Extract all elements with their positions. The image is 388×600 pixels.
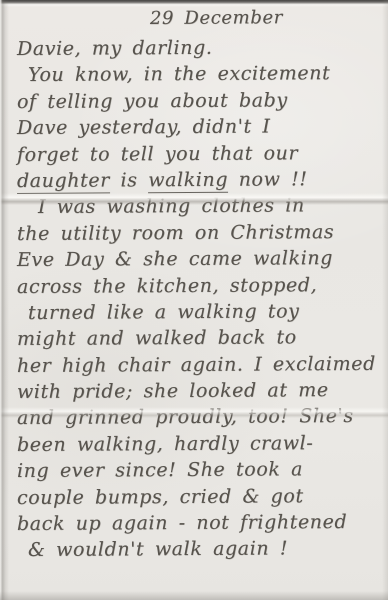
letter-page: 29 December Davie, my darling. You know,… [0, 0, 388, 600]
letter-line: Eve Day & she came walking [17, 247, 388, 276]
letter-line: her high chair again. I exclaimed [17, 352, 388, 381]
letter-line: ing ever since! She took a [17, 458, 388, 487]
letter-text: now !! [228, 168, 308, 190]
letter-line: and grinned proudly, too! She's [17, 405, 388, 434]
underlined-word: daughter [17, 169, 110, 193]
letter-line: the utility room on Christmas [17, 220, 388, 249]
letter-line: turned like a walking toy [28, 300, 388, 329]
paper-edge-shadow-left [0, 0, 9, 600]
letter-line: of telling you about baby [17, 89, 388, 118]
underlined-word: walking [148, 169, 228, 193]
letter-line: across the kitchen, stopped, [17, 273, 388, 302]
letter-line: couple bumps, cried & got [17, 484, 388, 513]
letter-body: 29 December Davie, my darling. You know,… [0, 8, 388, 566]
letter-line: I was washing clothes in [38, 194, 388, 223]
salutation: Davie, my darling. [17, 36, 388, 65]
letter-date: 29 December [150, 7, 388, 38]
scan-edge-top [0, 0, 388, 7]
letter-line: & wouldn't walk again ! [28, 537, 388, 566]
letter-line: You know, in the excitement [28, 62, 388, 91]
paper-edge-shadow-right [382, 0, 388, 600]
letter-line-emphasis: daughter is walking now !! [17, 168, 388, 197]
letter-line: might and walked back to [17, 326, 388, 355]
letter-line: forget to tell you that our [17, 141, 388, 170]
paper-edge-shadow-bottom [0, 591, 388, 600]
letter-line: Dave yesterday, didn't I [17, 115, 388, 144]
letter-line: with pride; she looked at me [17, 379, 388, 408]
letter-line: been walking, hardly crawl- [17, 432, 388, 461]
letter-text: is [110, 169, 148, 191]
letter-line: back up again - not frightened [17, 511, 388, 540]
